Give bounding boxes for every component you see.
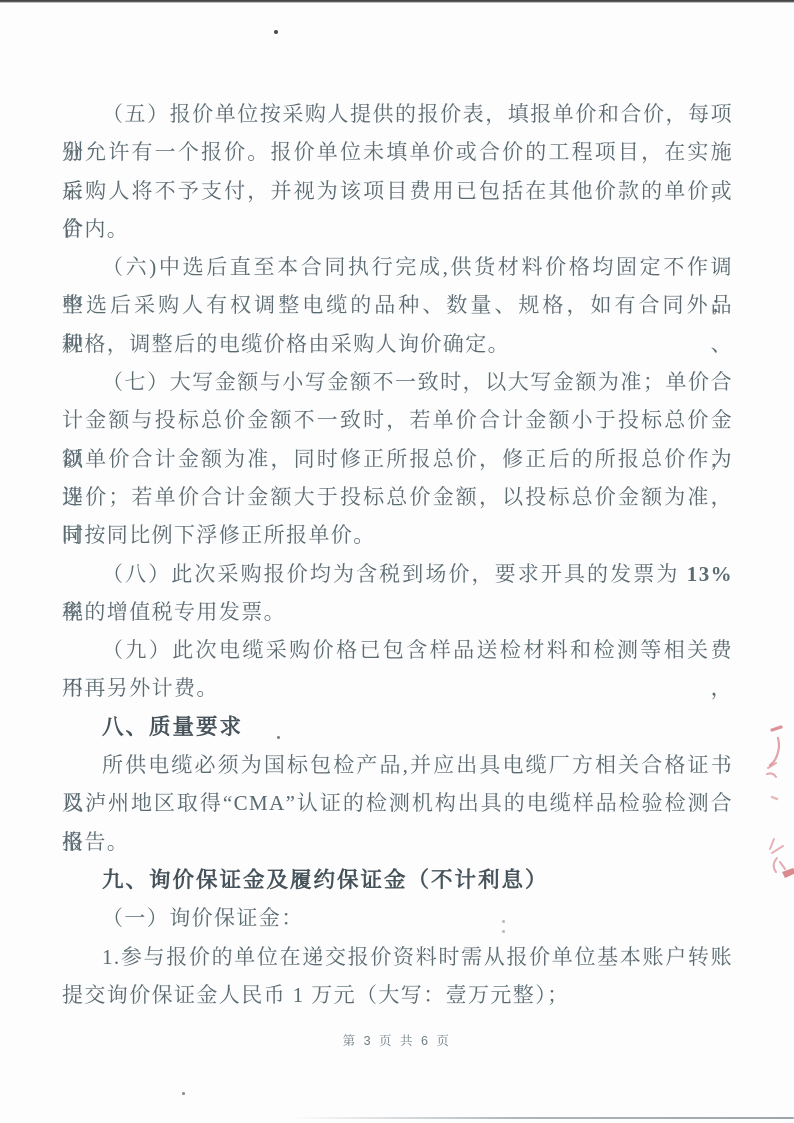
text-line: 以单价合计金额为准，同时修正所报总价，修正后的所报总价作为评 xyxy=(62,440,733,478)
text-line: 选价；若单价合计金额大于投标总价金额，以投标总价金额为准，同 xyxy=(62,478,733,516)
text-line: （九）此次电缆采购价格已包含样品送检材料和检测等相关费用， xyxy=(62,631,733,669)
text-line: （六)中选后直至本合同执行完成,供货材料价格均固定不作调整； xyxy=(62,248,733,286)
text-line: 提交询价保证金人民币 1 万元（大写：壹万元整）； xyxy=(62,976,733,1014)
text-line: 计金额与投标总价金额不一致时，若单价合计金额小于投标总价金额， xyxy=(62,401,733,439)
text-line: 采购人将不予支付，并视为该项目费用已包括在其他价款的单价或合 xyxy=(62,172,733,210)
scan-speck xyxy=(182,1092,185,1095)
scan-artifact-dot xyxy=(502,930,505,933)
text-line: 价内。 xyxy=(62,210,733,248)
text-line: 所供电缆必须为国标包检产品,并应出具电缆厂方相关合格证书以 xyxy=(62,746,733,784)
scan-speck xyxy=(277,736,280,739)
section-heading: 九、询价保证金及履约保证金（不计利息） xyxy=(62,861,733,899)
text-line: 1.参与报价的单位在递交报价资料时需从报价单位基本账户转账 xyxy=(62,938,733,976)
document-body: （五）报价单位按采购人提供的报价表，填报单价和合价，每项分别允许有一个报价。报价… xyxy=(62,95,733,1014)
text-line: （八）此次采购报价均为含税到场价，要求开具的发票为 13%税 xyxy=(62,555,733,593)
red-stamp-mark-partial xyxy=(750,694,794,889)
text-line: 及泸州地区取得“CMA”认证的检测机构出具的电缆样品检验检测合格 xyxy=(62,784,733,822)
section-heading: 八、质量要求 xyxy=(62,708,733,746)
text-line: （一）询价保证金： xyxy=(62,899,733,937)
document-page: （五）报价单位按采购人提供的报价表，填报单价和合价，每项分别允许有一个报价。报价… xyxy=(0,0,794,1123)
text-line: （七）大写金额与小写金额不一致时，以大写金额为准；单价合 xyxy=(62,363,733,401)
scan-edge-bottom xyxy=(290,1117,794,1119)
stamp-blob xyxy=(782,868,794,878)
text-line: 率的增值税专用发票。 xyxy=(62,593,733,631)
text-line: 中选后采购人有权调整电缆的品种、数量、规格，如有合同外品种、 xyxy=(62,286,733,324)
text-line: 别允许有一个报价。报价单位未填单价或合价的工程项目，在实施后， xyxy=(62,133,733,171)
scan-edge-top xyxy=(0,0,794,3)
scan-artifact-dot xyxy=(502,920,505,923)
text-line: 时按同比例下浮修正所报单价。 xyxy=(62,516,733,554)
text-line: 报告。 xyxy=(62,823,733,861)
page-footer: 第 3 页 共 6 页 xyxy=(0,1031,794,1049)
scan-speck xyxy=(274,30,278,34)
text-line: （五）报价单位按采购人提供的报价表，填报单价和合价，每项分 xyxy=(62,95,733,133)
